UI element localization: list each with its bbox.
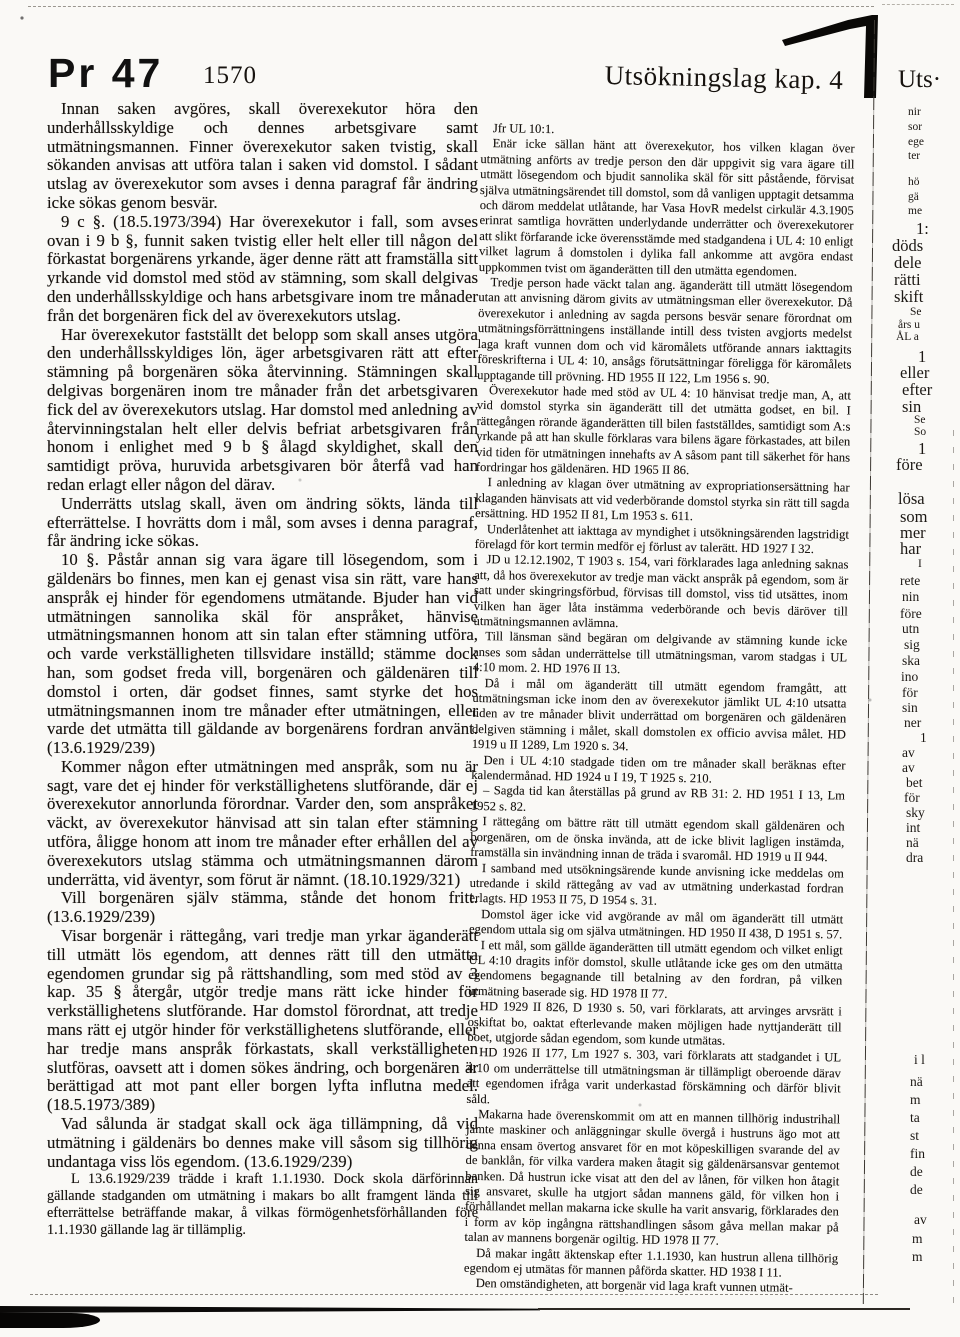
margin-fragment: rete <box>900 573 920 589</box>
margin-fragment: lösa <box>898 489 925 509</box>
margin-fragment: ege <box>908 136 924 148</box>
margin-fragment: före <box>900 606 922 622</box>
page-number: 1570 <box>203 62 257 90</box>
commentary-paragraph: I ett mål, som gällde äganderätten till … <box>468 937 843 1004</box>
scan-bottom-mid-edge <box>538 1308 910 1310</box>
margin-fragment: de <box>910 1182 923 1198</box>
margin-fragment: före <box>896 455 923 475</box>
margin-fragment: skift <box>894 287 923 307</box>
margin-fragment: ska <box>902 653 920 669</box>
statute-paragraph: Underrätts utslag skall, även om ändring… <box>47 495 478 551</box>
commentary-paragraph: I rättegång om bättre rätt till utmätt e… <box>470 814 845 866</box>
scan-bottom-heavy-edge <box>0 1306 540 1313</box>
margin-fragment: har <box>900 539 921 559</box>
margin-fragment: int <box>906 820 920 836</box>
margin-fragment: av <box>902 760 915 776</box>
commentary-paragraph: HD 1929 II 826, D 1930 s. 50, vari förkl… <box>467 999 842 1051</box>
margin-fragment: sky <box>906 805 925 821</box>
statute-paragraph: 9 c §. (18.5.1973/394) Har överexekutor … <box>47 213 478 326</box>
margin-fragment: ino <box>901 669 918 685</box>
margin-fragment: me <box>908 205 922 217</box>
scanned-page: Pr 47 1570 Utsökningslag kap. 4 Uts· Inn… <box>0 0 960 1337</box>
margin-fragment: ta <box>910 1110 920 1126</box>
margin-fragment: nä <box>906 835 919 851</box>
section-label: Pr 47 <box>48 50 163 97</box>
header-title: Utsökningslag kap. 4 <box>605 60 844 96</box>
margin-fragment: nin <box>902 589 919 605</box>
commentary-paragraph: Till länsman sänd begäran om delgivande … <box>473 629 848 681</box>
statute-paragraph: Vad sålunda är stadgat skall ock äga til… <box>47 1115 478 1171</box>
margin-fragment: av <box>914 1212 927 1228</box>
margin-fragment: So <box>914 426 926 438</box>
statute-paragraph: Visar borgenär i rättegång, vari tredje … <box>47 927 478 1115</box>
margin-fragment: sor <box>908 121 922 133</box>
statute-paragraph: Kommer någon efter utmätningen med anspr… <box>47 758 478 890</box>
margin-fragment: st <box>910 1128 919 1144</box>
statute-paragraph: Innan saken avgöres, skall överexekutor … <box>47 100 478 213</box>
margin-fragment: hö <box>908 176 920 188</box>
margin-fragment: de <box>910 1164 923 1180</box>
margin-fragment: ÅL a <box>896 331 919 343</box>
statute-paragraph: Har överexekutor fastställt det belopp s… <box>47 326 478 495</box>
margin-fragment: för <box>902 685 918 701</box>
margin-fragment: utn <box>902 621 919 637</box>
margin-fragment: bet <box>906 775 923 791</box>
commentary-column: Jfr UL 10:1. Enär icke sällan hänt att ö… <box>464 121 855 1297</box>
commentary-paragraph: Tredje person hade väckt talan ang. ägan… <box>477 275 853 388</box>
margin-fragment: ner <box>904 715 921 731</box>
scan-bottom-blob <box>0 1313 100 1328</box>
margin-fragment: av <box>902 745 915 761</box>
margin-fragment: sig <box>904 637 920 653</box>
margin-fragment: m <box>912 1249 923 1265</box>
margin-fragment: fin <box>910 1146 925 1162</box>
margin-fragment: nir <box>908 106 921 118</box>
margin-fragment: dra <box>906 850 923 866</box>
commentary-paragraph: Enär icke sällan hänt att överexekutor, … <box>479 136 855 280</box>
commentary-paragraph: Makarna hade överenskommit om att en man… <box>464 1107 840 1251</box>
margin-fragment: nä <box>910 1074 923 1090</box>
commentary-paragraph: Då i mål om äganderätt till utmätt egend… <box>472 676 847 759</box>
scan-bottom-edge <box>30 1294 878 1295</box>
page-edge-line <box>863 20 876 1304</box>
statute-paragraph: L 13.6.1929/239 trädde i kraft 1.1.1930.… <box>47 1171 478 1238</box>
margin-fragment: 1 <box>920 730 927 746</box>
margin-fragment: m <box>910 1092 921 1108</box>
statute-column: Innan saken avgöres, skall överexekutor … <box>47 100 478 1239</box>
commentary-paragraph: Domstol äger icke vid avgörande av mål o… <box>469 907 843 943</box>
commentary-paragraph: JD u 12.12.1902, T 1903 s. 154, vari för… <box>473 552 848 635</box>
margin-fragment: sin <box>902 700 918 716</box>
scan-top-edge <box>28 6 874 7</box>
margin-fragments: nir sor ege ter hö gä me 1: döds dele rä… <box>888 0 960 1337</box>
commentary-paragraph: Överexekutor hade med stöd av UL 4: 10 h… <box>476 383 851 481</box>
margin-fragment: gä <box>908 191 919 203</box>
margin-fragment: års u <box>898 319 920 331</box>
margin-fragment: för <box>904 790 920 806</box>
commentary-paragraph: I anledning av klagan över utmätning av … <box>475 475 850 527</box>
margin-fragment: ter <box>908 150 920 162</box>
margin-fragment: Se <box>914 414 926 426</box>
commentary-paragraph: HD 1926 II 177, Lm 1927 s. 303, vari för… <box>466 1045 841 1112</box>
margin-fragment: m <box>912 1231 923 1247</box>
margin-fragment: I <box>918 558 922 570</box>
statute-paragraph: 10 §. Påstår annan sig vara ägare till l… <box>47 551 478 758</box>
margin-fragment: i l <box>914 1052 925 1068</box>
margin-fragment: Se <box>910 306 922 318</box>
statute-paragraph: Vill borgenären själv stämma, stånde det… <box>47 889 478 927</box>
commentary-paragraph: I samband med utsökningsärende kunde anv… <box>469 860 844 912</box>
